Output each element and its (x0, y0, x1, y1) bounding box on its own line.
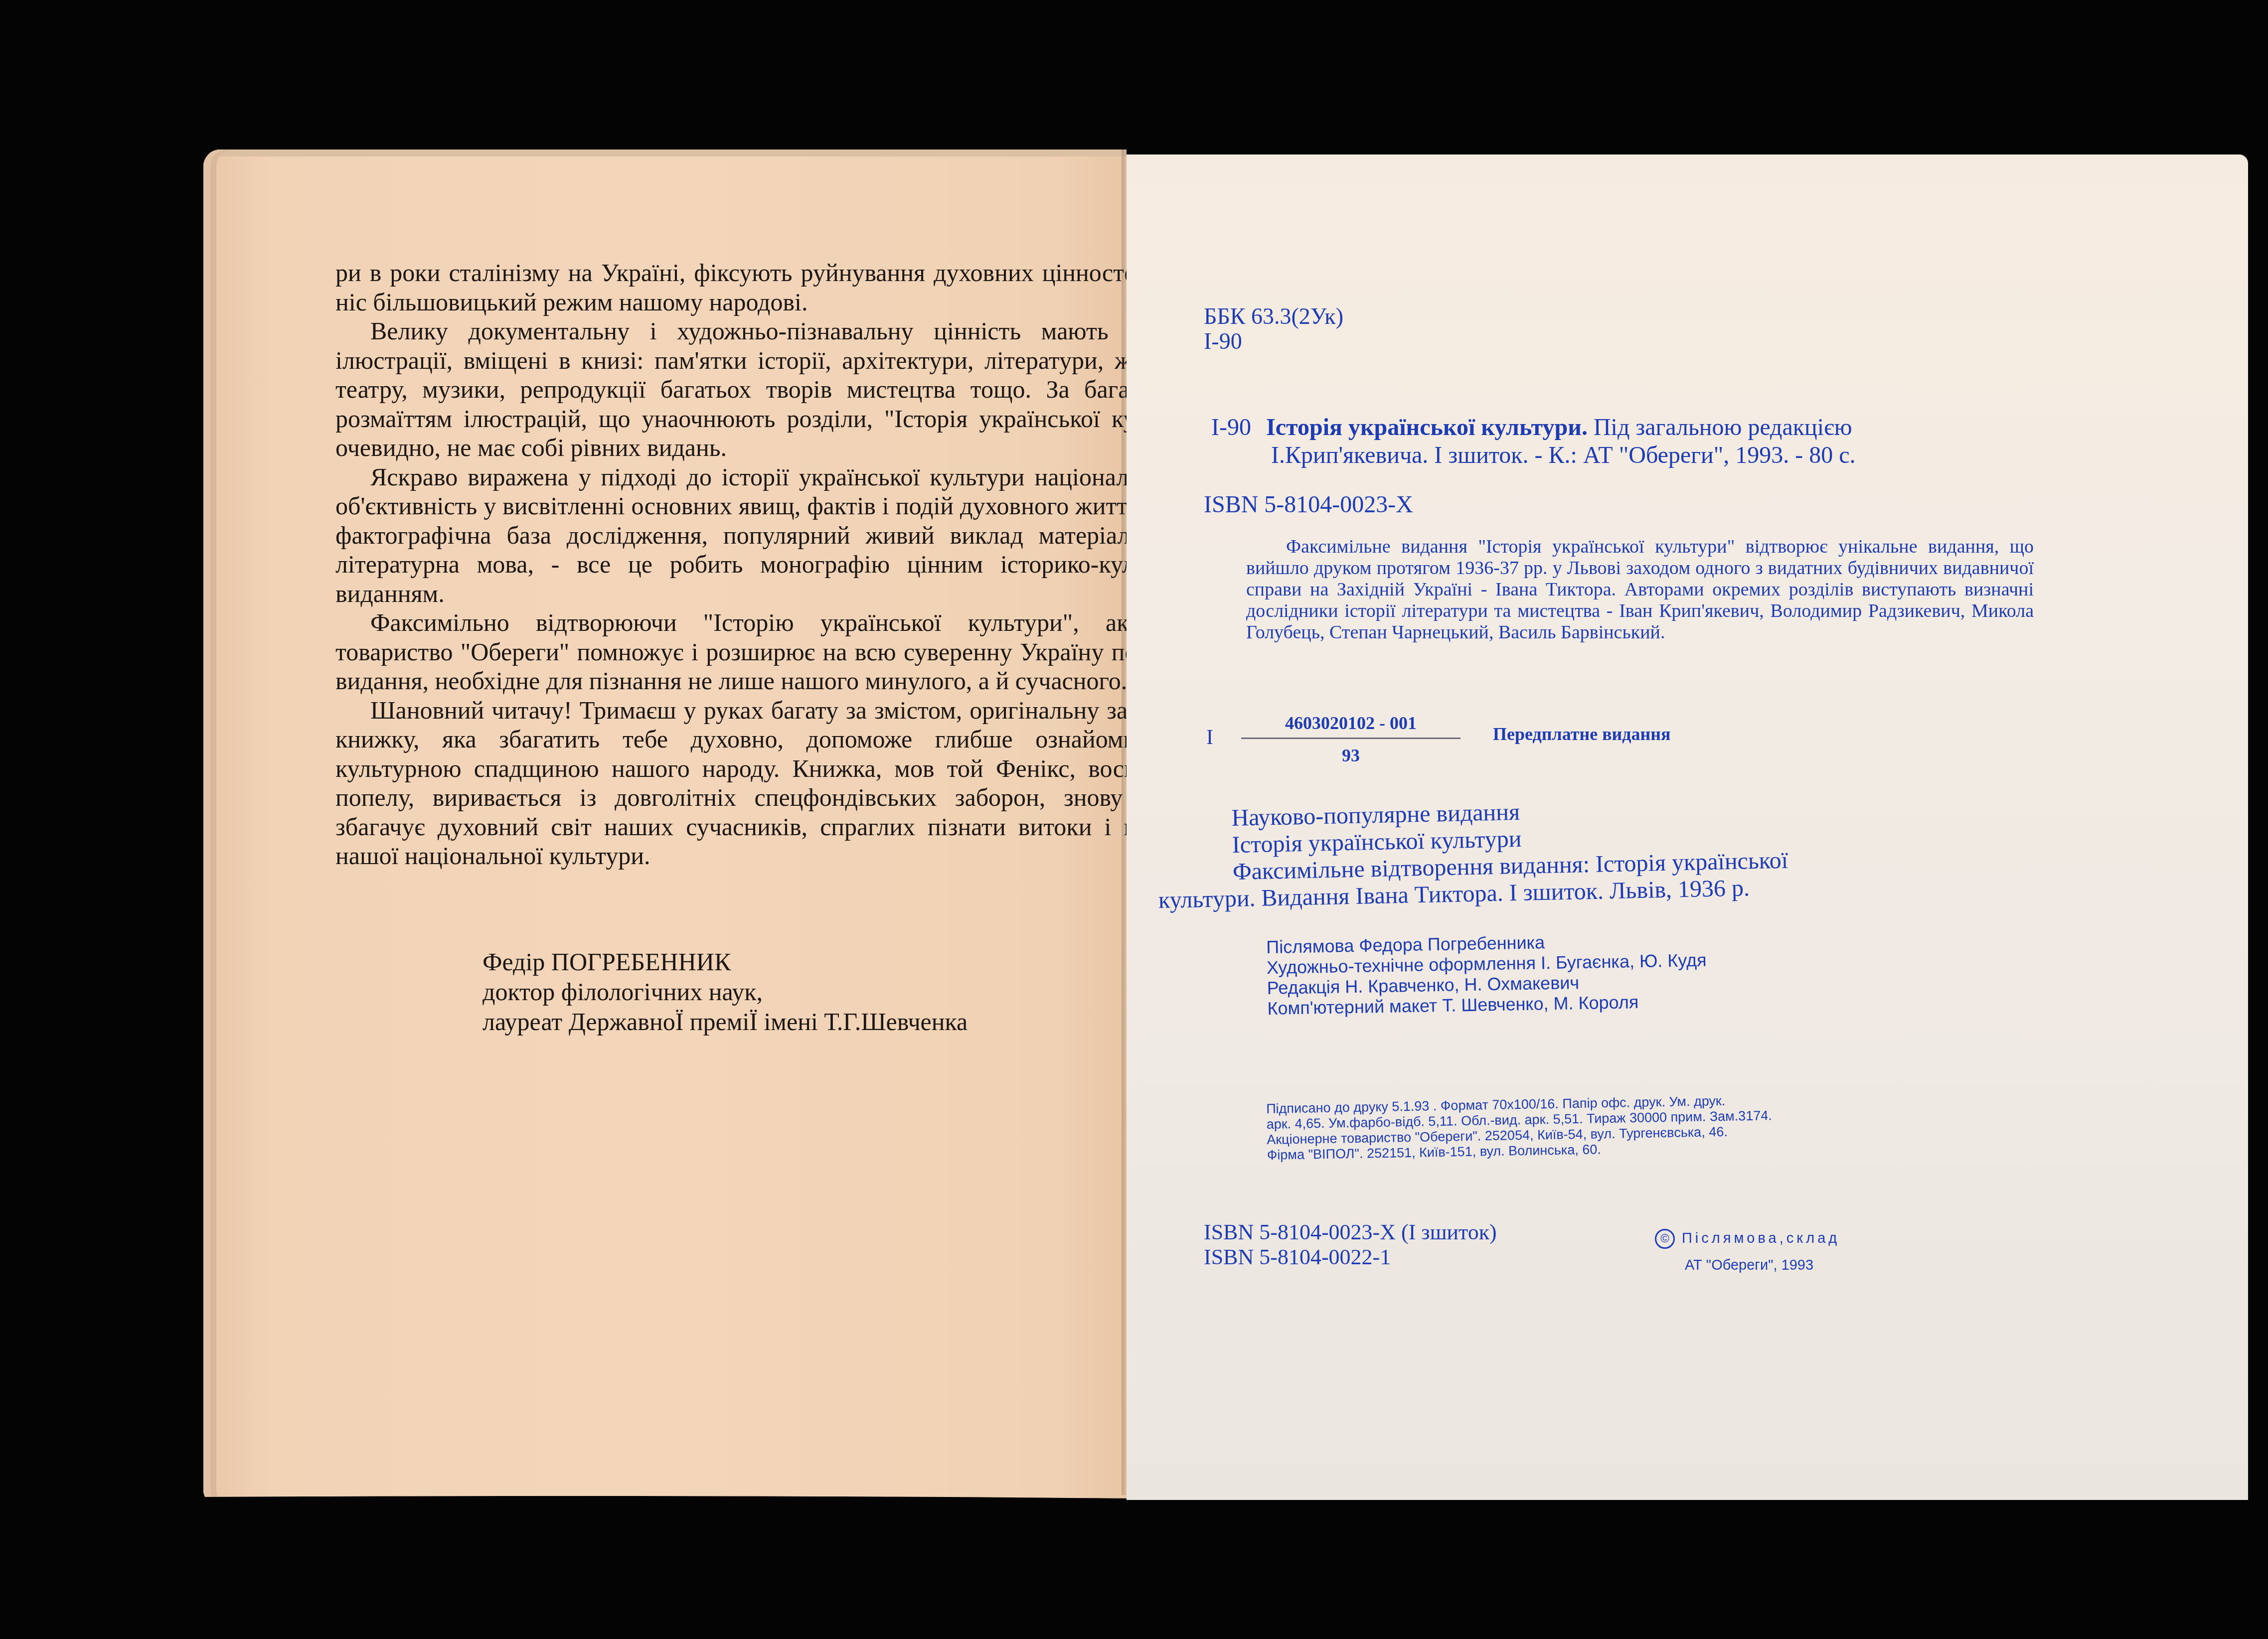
isbn-list: ISBN 5-8104-0023-X (І зшиток) ISBN 5-810… (1204, 1220, 1497, 1270)
copyright-notice: ©Післямова,склад АТ "Обереги", 1993 (1655, 1225, 1884, 1279)
isbn-set: ISBN 5-8104-0022-1 (1204, 1245, 1497, 1270)
author-mark: І-90 (1204, 329, 1343, 354)
bbk-code: ББК 63.3(2Ук) (1204, 304, 1343, 329)
index-numerator: 4603020102 - 001 (1241, 713, 1460, 735)
left-page: ри в роки сталінізму на Україні, фіксуют… (203, 149, 1127, 1505)
catalog-editor: Під загальною редакцією (1588, 414, 1852, 441)
subscription-label: Передплатне видання (1493, 724, 1670, 745)
paragraph: Шановний читачу! Тримаєш у руках багату … (335, 696, 1223, 871)
author-award: лауреат ДержавноЇ преміЇ імені Т.Г.Шевче… (483, 1007, 968, 1037)
edition-description: Науково-популярне видання Історія україн… (1231, 790, 1931, 912)
isbn-volume: ISBN 5-8104-0023-X (І зшиток) (1204, 1220, 1497, 1245)
afterword-text: ри в роки сталінізму на Україні, фіксуют… (335, 258, 1223, 871)
copyright-line2: АТ "Обереги", 1993 (1655, 1252, 1884, 1279)
annotation: Факсимільне видання "Історія української… (1246, 536, 2034, 643)
index-denominator: 93 (1241, 745, 1460, 766)
credits: Післямова Федора Погребенника Художньо-т… (1266, 929, 1707, 1019)
index-fraction: 4603020102 - 001 93 (1241, 713, 1460, 766)
catalog-details: І.Крип'якевича. І зшиток. - К.: АТ "Обер… (1211, 442, 2054, 469)
right-page-imprint: ББК 63.3(2Ук) І-90 І-90Історія українськ… (1127, 154, 2248, 1500)
copyright-icon: © (1655, 1229, 1675, 1249)
paragraph: Факсимільно відтворюючи "Історію українс… (335, 608, 1223, 696)
catalog-title: Історія української культури. (1266, 414, 1588, 441)
author-name: Федір ПОГРЕБЕННИК (483, 947, 968, 977)
printing-imprint: Підписано до друку 5.1.93 . Формат 70х10… (1266, 1091, 1865, 1163)
paragraph: ри в роки сталінізму на Україні, фіксуют… (335, 258, 1223, 316)
paragraph: Велику документальну і художньо-пізнавал… (335, 316, 1223, 462)
catalog-code: І-90 (1211, 414, 1266, 442)
book-spread: ри в роки сталінізму на Україні, фіксуют… (0, 0, 2268, 1639)
publication-index: І 4603020102 - 001 93 Передплатне виданн… (1206, 713, 1804, 772)
fraction-bar (1241, 738, 1460, 739)
author-signature: Федір ПОГРЕБЕННИК доктор філологічних на… (483, 947, 968, 1037)
bbk-classification: ББК 63.3(2Ук) І-90 (1204, 304, 1343, 354)
paragraph: Яскраво виражена у підході до історії ук… (335, 462, 1223, 608)
copyright-line1: Післямова,склад (1682, 1230, 1840, 1246)
index-letter: І (1206, 726, 1213, 749)
isbn-main: ISBN 5-8104-0023-X (1204, 491, 1413, 518)
author-degree: доктор філологічних наук, (483, 977, 968, 1007)
catalog-entry: І-90Історія української культури. Під за… (1211, 414, 2054, 469)
